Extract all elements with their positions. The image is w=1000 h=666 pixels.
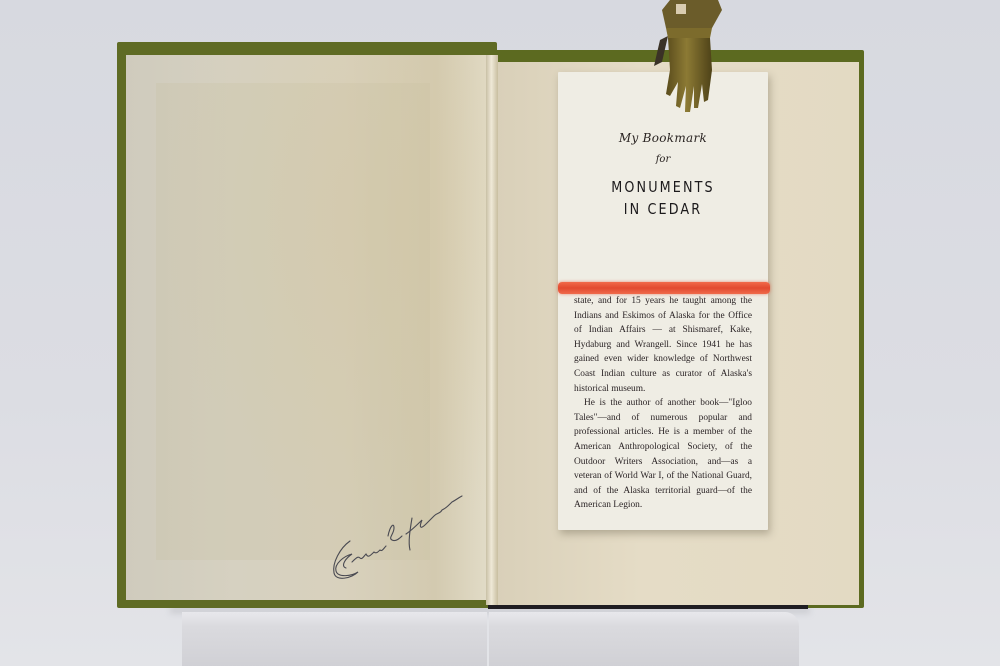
bio-paragraph-2: He is the author of another book—"Igloo … bbox=[574, 396, 752, 513]
display-stand-left bbox=[182, 612, 487, 666]
bio-paragraph-1: state, and for 15 years he taught among … bbox=[574, 294, 752, 396]
bookmark-card[interactable]: My Bookmark for MONUMENTS IN CEDAR state… bbox=[558, 72, 768, 530]
bookmark-script-for: for bbox=[558, 154, 768, 165]
signature-icon bbox=[322, 478, 472, 588]
hand-clip-icon bbox=[652, 0, 724, 116]
bookmark-heading: MONUMENTS IN CEDAR bbox=[574, 176, 753, 220]
bookmark-script-title: My Bookmark bbox=[558, 131, 768, 145]
bookmark-bio-text: state, and for 15 years he taught among … bbox=[574, 294, 752, 513]
author-signature: Edward L Keithahn bbox=[322, 478, 472, 588]
bookmark-heading-line1: MONUMENTS bbox=[574, 176, 753, 198]
bookmark-heading-line2: IN CEDAR bbox=[574, 198, 753, 220]
brass-hand-clip[interactable] bbox=[652, 0, 724, 116]
display-stand-right bbox=[489, 612, 799, 666]
red-crayon-stripe bbox=[558, 282, 770, 294]
book-gutter bbox=[486, 55, 498, 605]
